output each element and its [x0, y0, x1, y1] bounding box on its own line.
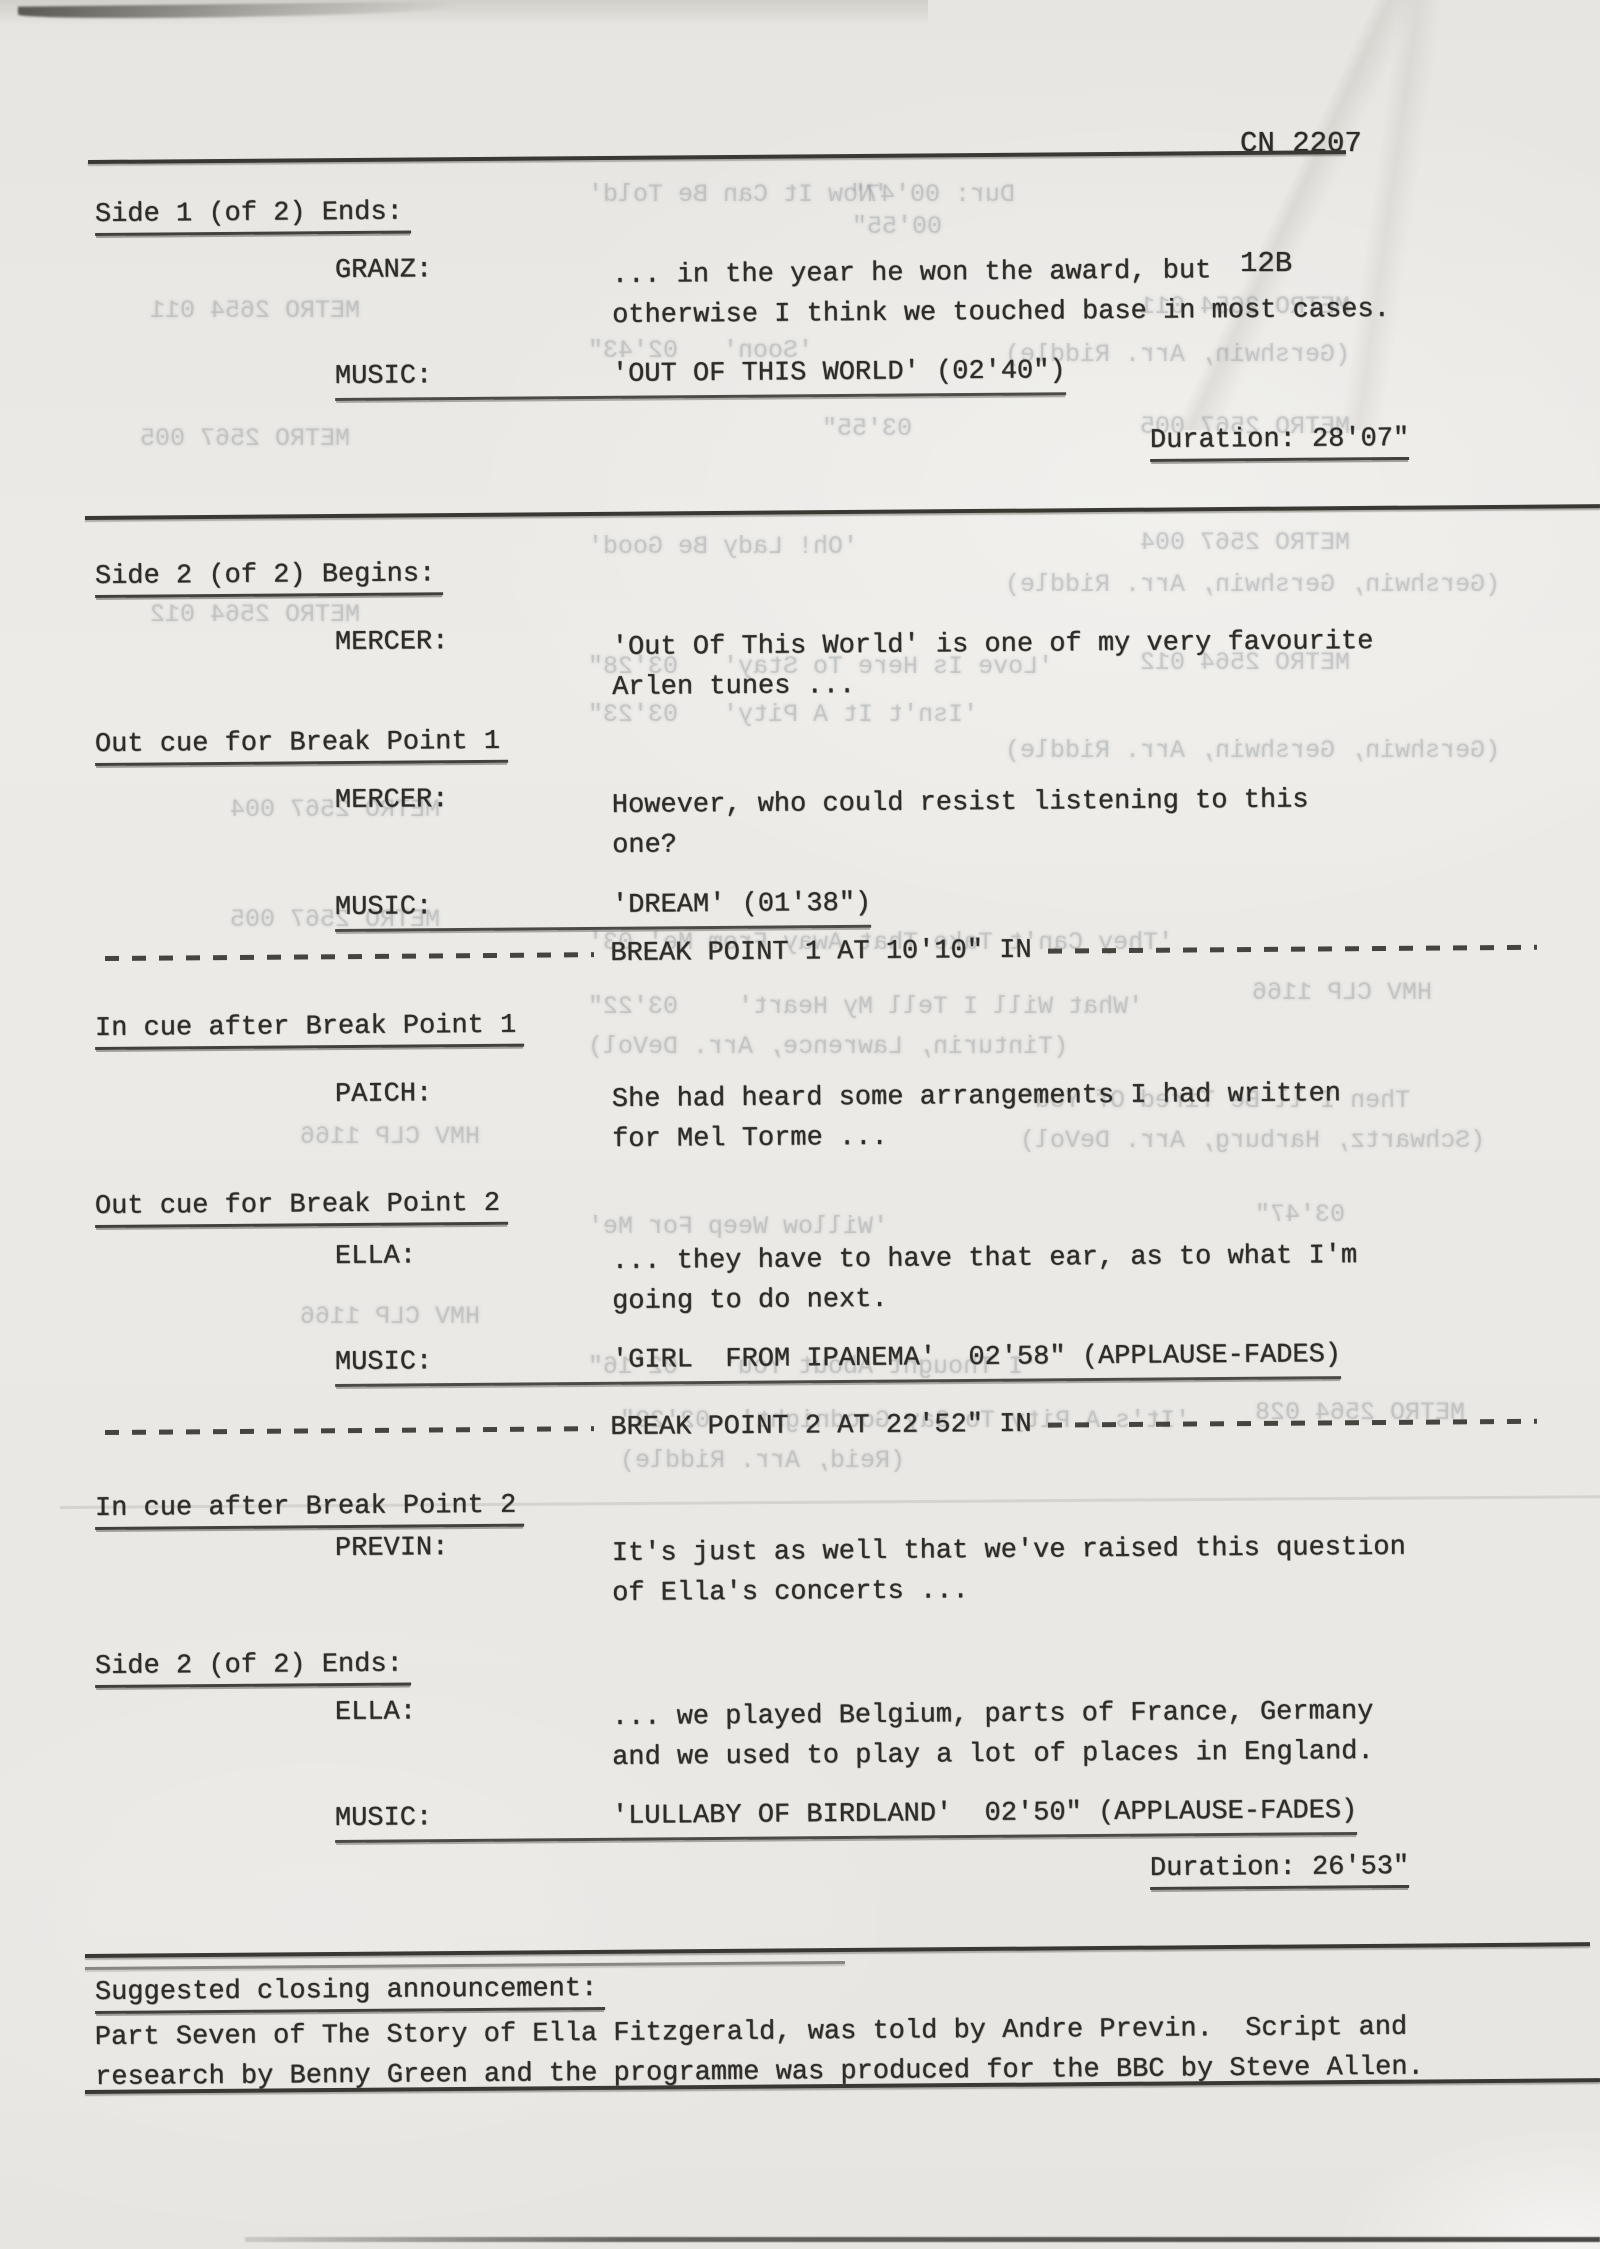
music-title: 'OUT OF THIS WORLD' (02'40") [612, 356, 1066, 390]
dialogue-text: However, who could resist listening to t… [612, 781, 1309, 866]
catalogue-number: CN 2207 [1240, 124, 1362, 164]
dialogue-line: otherwise I think we touched base in mos… [612, 290, 1390, 336]
bleed-through-text: METRO 2567 005 [140, 424, 350, 453]
music-label: MUSIC: [335, 891, 612, 923]
dialogue-line: She had heard some arrangements I had wr… [612, 1074, 1341, 1120]
bleed-through-text: 'Oh! Lady Be Good' [588, 532, 858, 561]
bleed-through-text: 03'47" [1255, 1200, 1345, 1229]
speaker-label-mercer: MERCER: [335, 627, 449, 658]
bleed-through-text: METRO 2654 011 [150, 296, 360, 325]
music-label: MUSIC: [335, 1346, 612, 1378]
bleed-through-text: (Reid, Arr. Riddle) [620, 1446, 905, 1475]
music-title: 'DREAM' (01'38") [612, 889, 871, 921]
dashed-rule-left [105, 1426, 594, 1435]
speaker-label-ella: ELLA: [335, 1241, 416, 1272]
bleed-through-text: (Gershwin, Gershwin, Arr. Riddle) [1005, 736, 1500, 765]
music-cue-4: MUSIC: 'LULLABY OF BIRDLAND' 02'50" (APP… [335, 1796, 1358, 1843]
speaker-label-paich: PAICH: [335, 1079, 432, 1110]
dashed-rule-right [1048, 944, 1537, 953]
duration-side1: Duration: 28'07" [1150, 424, 1410, 462]
duration-side2: Duration: 26'53" [1150, 1852, 1410, 1890]
music-cue-3: MUSIC: 'GIRL FROM IPANEMA' 02'58" (APPLA… [335, 1340, 1341, 1387]
bleed-through-text: 03'55" [822, 414, 912, 443]
dialogue-line: going to do next. [612, 1276, 1358, 1322]
heading-out-cue-break2: Out cue for Break Point 2 [95, 1189, 508, 1228]
speaker-label-previn: PREVIN: [335, 1533, 449, 1564]
bleed-through-text: (Tinturin, Lawrence, Arr. DeVol) [588, 1032, 1068, 1061]
dialogue-line: ... we played Belgium, parts of France, … [612, 1692, 1374, 1738]
bleed-through-text: METRO 2564 012 [150, 600, 360, 629]
heading-side2-begins: Side 2 (of 2) Begins: [95, 559, 444, 598]
music-cue-2: MUSIC: 'DREAM' (01'38") [335, 889, 872, 932]
break-point-label: BREAK POINT 1 AT 10'10" IN [610, 936, 1032, 969]
heading-side1-ends: Side 1 (of 2) Ends: [95, 198, 411, 236]
music-title: 'GIRL FROM IPANEMA' 02'58" (APPLAUSE-FAD… [612, 1340, 1341, 1376]
dialogue-line: for Mel Torme ... [612, 1114, 1341, 1160]
dashed-rule-left [105, 952, 594, 961]
bleed-through-text: HMV CLP 1166 [300, 1302, 480, 1331]
dialogue-text: ... we played Belgium, parts of France, … [612, 1692, 1374, 1778]
dialogue-line: one? [612, 821, 1309, 866]
heading-closing-announcement: Suggested closing announcement: [95, 1974, 606, 2014]
bleed-through-text: HMV CLP 1166 [1252, 978, 1432, 1007]
dialogue-text: ... in the year he won the award, but ot… [612, 250, 1390, 336]
heading-out-cue-break1: Out cue for Break Point 1 [95, 727, 508, 766]
speaker-label-mercer: MERCER: [335, 785, 449, 816]
bleed-through-text: (Gershwin, Gershwin, Arr. Riddle) [1005, 570, 1500, 599]
bleed-through-text: 'Now It Can Be Told' [588, 180, 888, 209]
heading-side2-ends: Side 2 (of 2) Ends: [95, 1650, 411, 1688]
dialogue-text: 'Out Of This World' is one of my very fa… [612, 622, 1374, 708]
bleed-through-text: HMV CLP 1166 [300, 1122, 480, 1151]
speaker-label-ella: ELLA: [335, 1697, 416, 1728]
bleed-through-text: 'Willow Weep For Me' [588, 1212, 888, 1241]
dashed-rule-right [1048, 1418, 1537, 1427]
bleed-through-text: Dur: 00'47" [850, 180, 1015, 209]
heading-in-cue-break2: In cue after Break Point 2 [95, 1491, 525, 1530]
dialogue-line: However, who could resist listening to t… [612, 781, 1309, 826]
dialogue-line: It's just as well that we've raised this… [612, 1528, 1406, 1574]
music-label: MUSIC: [335, 360, 612, 392]
scanned-script-page: 'Now It Can Be Told'Dur: 00'47"00'55"MET… [0, 0, 1600, 2249]
dialogue-line: Arlen tunes ... [612, 662, 1374, 708]
heading-in-cue-break1: In cue after Break Point 1 [95, 1011, 525, 1050]
dialogue-line: ... in the year he won the award, but [612, 250, 1390, 296]
bleed-through-text: 00'55" [852, 212, 942, 241]
bleed-through-text: 'What Will I Tell My Heart' 03'22" [588, 992, 1143, 1021]
dialogue-text: It's just as well that we've raised this… [612, 1528, 1407, 1614]
dialogue-line: of Ella's concerts ... [612, 1568, 1406, 1614]
dialogue-line: 'Out Of This World' is one of my very fa… [612, 622, 1374, 668]
break-point-label: BREAK POINT 2 AT 22'52" IN [610, 1410, 1032, 1443]
music-label: MUSIC: [335, 1802, 612, 1834]
music-cue-1: MUSIC: 'OUT OF THIS WORLD' (02'40") [335, 356, 1066, 401]
bleed-through-text: METRO 2567 004 [1140, 528, 1350, 557]
dialogue-line: ... they have to have that ear, as to wh… [612, 1236, 1358, 1282]
dialogue-text: She had heard some arrangements I had wr… [612, 1074, 1342, 1160]
dialogue-text: ... they have to have that ear, as to wh… [612, 1236, 1358, 1322]
dialogue-line: and we used to play a lot of places in E… [612, 1732, 1374, 1778]
music-title: 'LULLABY OF BIRDLAND' 02'50" (APPLAUSE-F… [612, 1796, 1358, 1832]
speaker-label-granz: GRANZ: [335, 255, 432, 286]
